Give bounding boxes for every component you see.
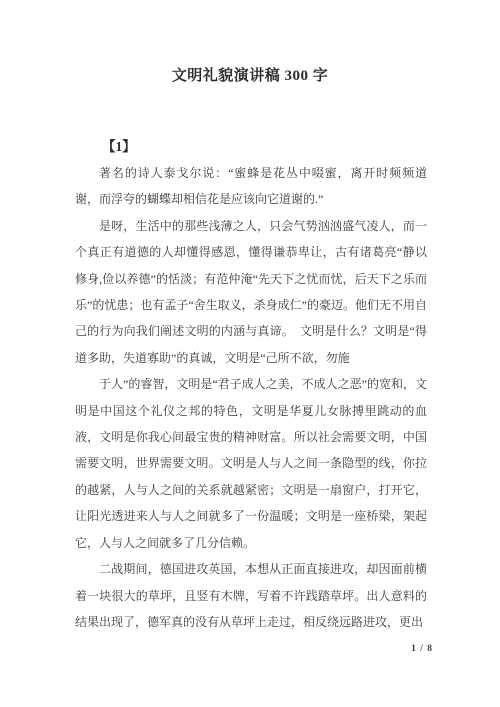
section-marker: 【1】: [75, 134, 427, 160]
paragraph: 于人”的睿智，文明是“君子成人之美，不成人之恶”的宽和，文明是中国这个礼仪之邦的…: [75, 371, 427, 556]
page-number-indicator: 1 / 8: [411, 644, 433, 654]
paragraph: 二战期间，德国进攻英国，本想从正面直接进攻，却因面前横着一块很大的草坪，且竖有木…: [75, 556, 427, 635]
document-body: 【1】 著名的诗人泰戈尔说：“蜜蜂是花丛中啜蜜，离开时频频道谢，而浮夸的蝴蝶却相…: [75, 134, 427, 635]
paragraph: 是呀，生活中的那些浅薄之人，只会气势汹汹盛气凌人，而一个真正有道德的人却懂得感恩…: [75, 213, 427, 371]
paragraph: 著名的诗人泰戈尔说：“蜜蜂是花丛中啜蜜，离开时频频道谢，而浮夸的蝴蝶却相信花是应…: [75, 160, 427, 213]
document-page: 文明礼貌演讲稿 300 字 【1】 著名的诗人泰戈尔说：“蜜蜂是花丛中啜蜜，离开…: [0, 0, 500, 707]
page-title: 文明礼貌演讲稿 300 字: [0, 64, 500, 85]
